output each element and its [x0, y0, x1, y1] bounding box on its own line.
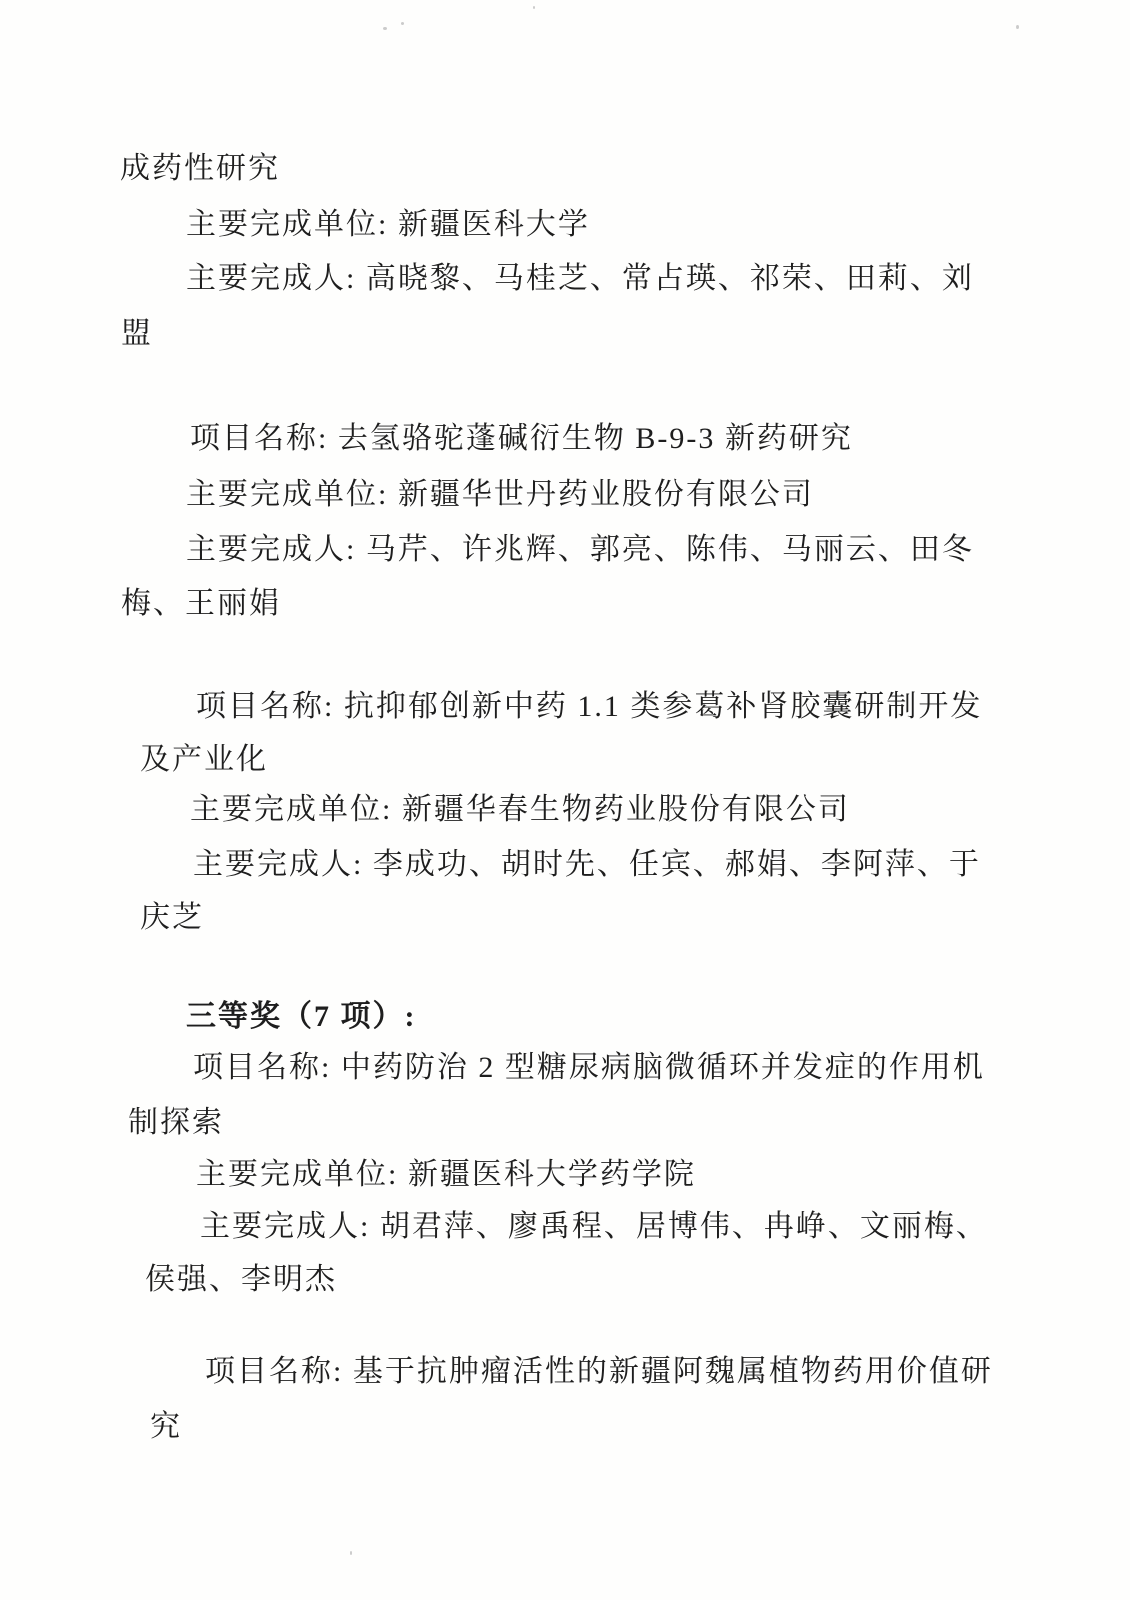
people-continuation: 盟: [121, 316, 153, 352]
scan-artifact: [401, 22, 404, 25]
main-unit-line: 主要完成单位: 新疆华世丹药业股份有限公司: [186, 477, 814, 513]
main-unit-line: 主要完成单位: 新疆医科大学: [186, 207, 590, 243]
scan-artifact: [350, 1551, 352, 1555]
main-people-line: 主要完成人: 高晓黎、马桂芝、常占瑛、祁荣、田莉、刘: [186, 261, 974, 297]
project-name-line: 项目名称: 基于抗肿瘤活性的新疆阿魏属植物药用价值研: [205, 1354, 993, 1390]
award-tier-heading: 三等奖（7 项）:: [186, 999, 417, 1035]
main-people-line: 主要完成人: 马芹、许兆辉、郭亮、陈伟、马丽云、田冬: [186, 532, 974, 568]
scanned-document-page: 成药性研究 主要完成单位: 新疆医科大学 主要完成人: 高晓黎、马桂芝、常占瑛、…: [0, 0, 1130, 1600]
people-continuation: 庆芝: [140, 900, 204, 936]
project-name-continuation: 及产业化: [140, 742, 268, 778]
project-name-line: 项目名称: 去氢骆驼蓬碱衍生物 B-9-3 新药研究: [190, 421, 853, 457]
scan-artifact: [533, 6, 535, 9]
project-name-continuation: 制探索: [128, 1105, 224, 1141]
project-name-line: 项目名称: 抗抑郁创新中药 1.1 类参葛补肾胶囊研制开发: [196, 689, 982, 725]
main-unit-line: 主要完成单位: 新疆医科大学药学院: [196, 1157, 696, 1193]
scan-artifact: [383, 27, 387, 30]
scan-artifact: [1016, 25, 1019, 29]
main-people-line: 主要完成人: 李成功、胡时先、任宾、郝娟、李阿萍、于: [193, 847, 981, 883]
project-name-continuation: 究: [150, 1409, 182, 1445]
main-unit-line: 主要完成单位: 新疆华春生物药业股份有限公司: [190, 792, 850, 828]
main-people-line: 主要完成人: 胡君萍、廖禹程、居博伟、冉峥、文丽梅、: [200, 1209, 988, 1245]
project-name-continuation: 成药性研究: [120, 151, 280, 187]
people-continuation: 梅、王丽娟: [121, 586, 281, 622]
people-continuation: 侯强、李明杰: [145, 1262, 337, 1298]
project-name-line: 项目名称: 中药防治 2 型糖尿病脑微循环并发症的作用机: [193, 1050, 985, 1086]
